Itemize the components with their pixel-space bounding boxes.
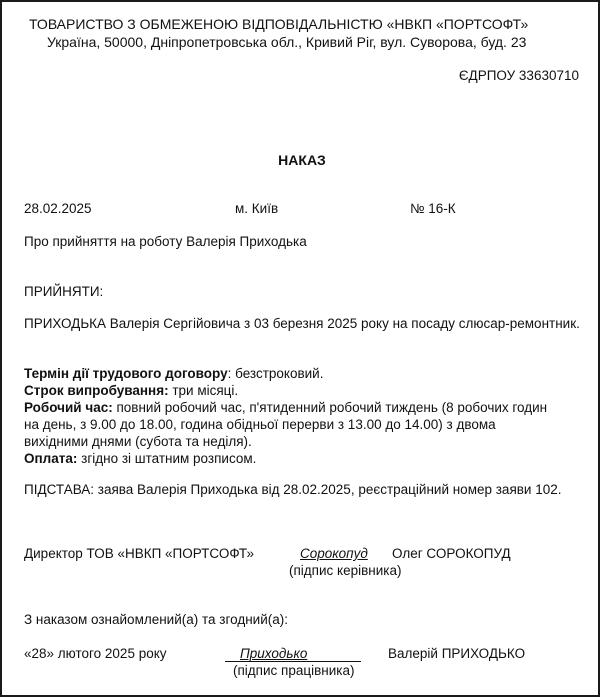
organization-name: ТОВАРИСТВО З ОБМЕЖЕНОЮ ВІДПОВІДАЛЬНІСТЮ … [29, 16, 528, 32]
term-contract: Термін дії трудового договору: безстроко… [24, 365, 582, 382]
employee-signature-line: Приходько [225, 646, 361, 662]
director-title: Директор ТОВ «НВКП «ПОРТСОФТ» [24, 546, 254, 561]
acknowledgement-date: «28» лютого 2025 року [24, 646, 167, 661]
term-probation: Строк випробування: три місяці. [24, 382, 582, 399]
director-signature: Сорокопуд [300, 546, 368, 561]
term-payment: Оплата: згідно зі штатним розписом. [24, 450, 582, 467]
director-name: Олег СОРОКОПУД [392, 546, 511, 561]
director-signature-caption: (підпис керівника) [289, 563, 401, 578]
order-document: ТОВАРИСТВО З ОБМЕЖЕНОЮ ВІДПОВІДАЛЬНІСТЮ … [0, 0, 600, 697]
organization-address: Україна, 50000, Дніпропетровська обл., К… [47, 34, 526, 50]
document-date: 28.02.2025 [24, 201, 92, 216]
employee-name: Валерій ПРИХОДЬКО [388, 646, 525, 661]
hire-paragraph: ПРИХОДЬКА Валерія Сергійовича з 03 берез… [24, 315, 582, 332]
document-city: м. Київ [235, 201, 278, 216]
acknowledgement-text: З наказом ознайомлений(а) та згодний(а): [24, 612, 288, 627]
employee-signature-caption: (підпис працівника) [233, 663, 354, 678]
document-number: № 16-К [410, 201, 456, 216]
edrpou-code: ЄДРПОУ 33630710 [459, 68, 579, 83]
document-title: НАКАЗ [2, 152, 600, 168]
order-heading: ПРИЙНЯТИ: [24, 284, 103, 299]
term-working-hours: Робочий час: повний робочий час, п'ятиде… [24, 399, 554, 450]
basis-paragraph: ПІДСТАВА: заява Валерія Приходька від 28… [24, 481, 582, 498]
document-subject: Про прийняття на роботу Валерія Приходьк… [24, 234, 307, 249]
employee-signature: Приходько [240, 646, 307, 661]
employment-terms: Термін дії трудового договору: безстроко… [24, 365, 582, 467]
